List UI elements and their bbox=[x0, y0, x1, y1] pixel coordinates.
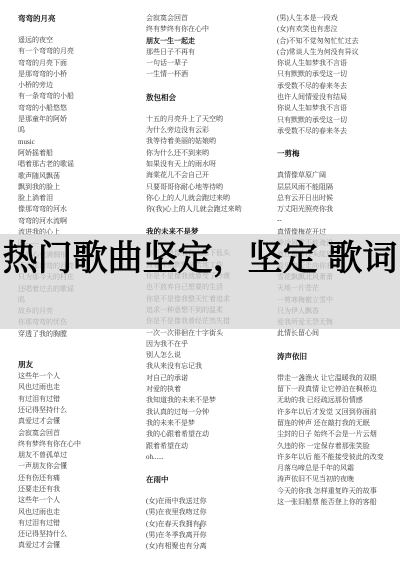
lyric-line: 对自己的承诺 bbox=[146, 373, 264, 384]
lyric-line: 会寂寞会回首 bbox=[18, 428, 133, 439]
lyric-line: 层层风雨不能阻隔 bbox=[277, 182, 400, 193]
lyric-line: (女)有相聚也有分离 bbox=[146, 541, 264, 552]
lyric-line: 真情像草原广阔 bbox=[277, 170, 400, 181]
lyric-line: 别人怎么说 bbox=[146, 350, 264, 361]
lyric-line: 穿透了我的胸膛 bbox=[18, 329, 133, 340]
song-section: 敖包相会十五的月亮升上了天空哟为什么旁边没有云彩我等待着美丽的姑娘哟你为什么还不… bbox=[146, 92, 264, 216]
lyric-line: 终有梦终有你在心中 bbox=[146, 24, 264, 35]
lyric-line: oh...... bbox=[146, 452, 264, 463]
lyric-line: 今天的你我 怎样重复昨天的故事 bbox=[277, 486, 400, 497]
lyric-line: (合)常谈人生为何没有异议 bbox=[277, 47, 400, 58]
lyric-line: 真爱过才会懂 bbox=[18, 416, 133, 427]
lyric-line: 你(我)心上的人儿就会跑过来哟 bbox=[146, 204, 264, 215]
lyric-line: (合)不知不觉匆匆忙忙过去 bbox=[277, 36, 400, 47]
lyric-line: 你为什么还不到来哟 bbox=[146, 148, 264, 159]
lyric-line: 弯弯的月亮下面 bbox=[18, 58, 133, 69]
lyric-line: 遥远的夜空 bbox=[18, 35, 133, 46]
lyric-line: 弯弯的小船悠悠 bbox=[18, 103, 133, 114]
lyric-line: (男)在夜里我吻过你 bbox=[146, 507, 264, 518]
song-section: (男)人生本是一段戏(女)有欢笑也有悲泣(合)不知不觉匆匆忙忙过去(合)常谈人生… bbox=[277, 13, 400, 137]
lyric-line: 这些年一个人 bbox=[18, 495, 133, 506]
lyric-line: (男)人生本是一段戏 bbox=[277, 13, 400, 24]
lyric-line: 你心上的人儿就会跑过来哟 bbox=[146, 193, 264, 204]
lyric-line: 风也过雨也走 bbox=[18, 382, 133, 393]
lyric-line: 会寂寞会回首 bbox=[146, 13, 264, 24]
lyric-line: 小桥的旁边 bbox=[18, 80, 133, 91]
lyric-line: 跟着希望在动 bbox=[146, 441, 264, 452]
lyric-line: 还记得坚持什么 bbox=[18, 405, 133, 416]
lyric-line: 那些日子不再有 bbox=[146, 47, 264, 58]
lyric-line: 弯弯的河水流啊 bbox=[18, 216, 133, 227]
lyric-line: 我等待着美丽的姑娘哟 bbox=[146, 136, 264, 147]
lyric-line: -- bbox=[277, 215, 400, 226]
lyric-line: 像那弯弯的河水 bbox=[18, 204, 133, 215]
lyric-line: 我的心跟着希望在动 bbox=[146, 429, 264, 440]
lyric-line: 因为我不在乎 bbox=[146, 339, 264, 350]
lyric-line: 唱着那古老的歌谣 bbox=[18, 159, 133, 170]
lyric-line: 许多年以后才发觉 又回到你面前 bbox=[277, 407, 400, 418]
lyric-line: 你说人生如梦我不言语 bbox=[277, 58, 400, 69]
lyric-line: 一生情一杯酒 bbox=[146, 69, 264, 80]
lyric-line: 一次一次徘徊在十字街头 bbox=[146, 328, 264, 339]
song-section: 会寂寞会回首终有梦终有你在心中朋友一生一起走那些日子不再有一句话一辈子一生情一杯… bbox=[146, 13, 264, 81]
song-section: 涛声依旧带走一盏渔火 让它温暖我的双眼留下一段真情 让它停泊在枫桥边无助的我 已… bbox=[277, 351, 400, 509]
lyric-line: (男)在冬季我离开你 bbox=[146, 530, 264, 541]
page-number: 1 bbox=[0, 522, 400, 531]
lyric-line: 飘到我的脸上 bbox=[18, 182, 133, 193]
lyric-line: 此情长留心间 bbox=[277, 328, 400, 339]
page-title: 热门歌曲坚定，坚定 歌词 bbox=[0, 236, 400, 281]
lyric-line: 有一个弯弯的月亮 bbox=[18, 46, 133, 57]
lyric-line: 一句话一辈子 bbox=[146, 58, 264, 69]
lyric-line: 这一张旧船票 能否登上你的客船 bbox=[277, 497, 400, 508]
lyric-line: 承受数不尽的春来冬去 bbox=[277, 126, 400, 137]
lyrics-document-page: 弯弯的月亮遥远的夜空有一个弯弯的月亮弯弯的月亮下面是那弯弯的小桥小桥的旁边有一条… bbox=[0, 0, 400, 565]
lyric-line: 阿娇摇着船 bbox=[18, 148, 133, 159]
lyric-line: 有过泪有过错 bbox=[18, 394, 133, 405]
lyric-line: 只要哥哥你耐心地等待哟 bbox=[146, 182, 264, 193]
lyric-line: 还要走还有我 bbox=[18, 484, 133, 495]
lyric-line: 总有云开日出时候 bbox=[277, 193, 400, 204]
lyric-line: 久违的你 一定保存着那张笑脸 bbox=[277, 441, 400, 452]
lyric-line: 我知道我的未来不是梦 bbox=[146, 395, 264, 406]
lyric-line: 万丈阳光照亮你我 bbox=[277, 204, 400, 215]
lyric-line: 朋友不曾孤单过 bbox=[18, 450, 133, 461]
lyric-line: (女)在雨中我送过你 bbox=[146, 496, 264, 507]
lyric-line: 也许人间情爱没有结局 bbox=[277, 92, 400, 103]
lyric-line: 许多年以后 能不能接受彼此的改变 bbox=[277, 452, 400, 463]
lyric-line: 呜 bbox=[18, 125, 133, 136]
lyric-line: 月落乌啼总是千年的风霜 bbox=[277, 463, 400, 474]
lyric-line: 是那童年的阿娇 bbox=[18, 114, 133, 125]
lyric-line: 你说人生如梦我不言语 bbox=[277, 103, 400, 114]
lyric-line: 还有伤还有痛 bbox=[18, 473, 133, 484]
song-section: 在雨中(女)在雨中我送过你(男)在夜里我吻过你(女)在春天我拥有你(男)在冬季我… bbox=[146, 474, 264, 552]
lyric-line: 只有默默的承受这一切 bbox=[277, 69, 400, 80]
lyric-line: 是那弯弯的小桥 bbox=[18, 69, 133, 80]
lyric-line: 涛声依旧不见当初的夜晚 bbox=[277, 474, 400, 485]
lyric-line: 我认真的过每一分钟 bbox=[146, 407, 264, 418]
lyric-line: 留下一段真情 让它停泊在枫桥边 bbox=[277, 384, 400, 395]
lyric-line: 脸上淌着泪 bbox=[18, 193, 133, 204]
song-title: 朋友 bbox=[18, 359, 133, 370]
lyric-line: (女)有欢笑也有悲泣 bbox=[277, 24, 400, 35]
lyric-line: 无助的我 已经疏远那份情感 bbox=[277, 395, 400, 406]
lyric-line: 留连的钟声 还在敲打我的无眠 bbox=[277, 418, 400, 429]
lyric-line: 如果没有天上的雨水呀 bbox=[146, 159, 264, 170]
lyric-line: 十五的月亮升上了天空哟 bbox=[146, 114, 264, 125]
lyric-line: 承受数不尽的春来冬去 bbox=[277, 81, 400, 92]
lyric-line: 尘封的日子 始终不会是一片云烟 bbox=[277, 429, 400, 440]
lyric-line: 为什么旁边没有云彩 bbox=[146, 125, 264, 136]
lyric-line: 有一条弯弯的小船 bbox=[18, 91, 133, 102]
lyric-line: 真爱过才会懂 bbox=[18, 540, 133, 551]
song-title: 涛声依旧 bbox=[277, 351, 400, 362]
song-title: 在雨中 bbox=[146, 474, 264, 485]
lyric-line: 我的未来不是梦 bbox=[146, 418, 264, 429]
song-title: 一剪梅 bbox=[277, 148, 400, 159]
lyric-line: 终有梦终有你在心中 bbox=[18, 439, 133, 450]
lyric-line: 带走一盏渔火 让它温暖我的双眼 bbox=[277, 373, 400, 384]
lyric-line: 歌声随风飘荡 bbox=[18, 171, 133, 182]
lyric-line: music bbox=[18, 137, 133, 148]
lyric-line: 只有默默的承受这一切 bbox=[277, 115, 400, 126]
song-title: 弯弯的月亮 bbox=[18, 13, 133, 24]
lyric-line: 海棠花儿不会自己开 bbox=[146, 170, 264, 181]
lyric-line: 一声朋友你会懂 bbox=[18, 461, 133, 472]
lyric-line: 我从来没有忘记我 bbox=[146, 361, 264, 372]
lyric-line: 风也过雨也走 bbox=[18, 507, 133, 518]
lyric-line: 朋友一生一起走 bbox=[146, 36, 264, 47]
lyric-line: 这些年一个人 bbox=[18, 371, 133, 382]
lyric-line: 对爱的执着 bbox=[146, 384, 264, 395]
song-title: 敖包相会 bbox=[146, 92, 264, 103]
